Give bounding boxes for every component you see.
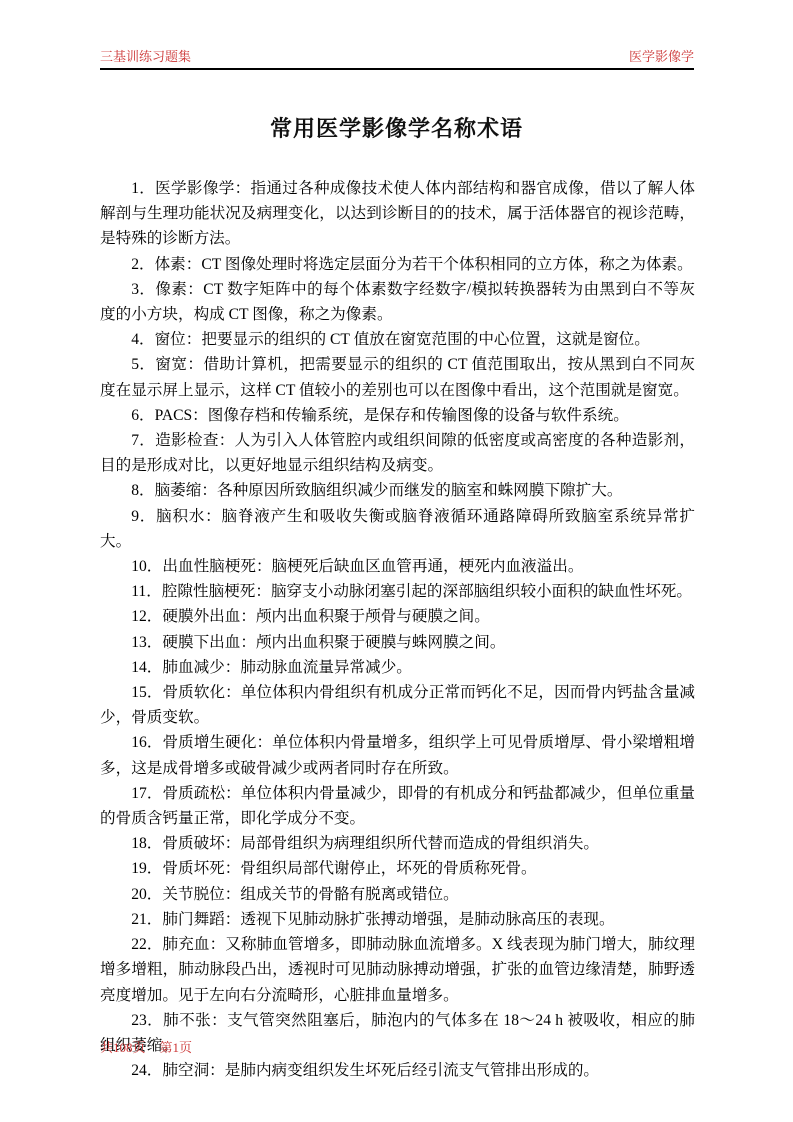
term-definition: 是肺内病变组织发生坏死后经引流支气管排出形成的。 <box>225 1062 599 1079</box>
page-header: 三基训练习题集 医学影像学 <box>100 46 694 70</box>
term-item: 15．骨质软化：单位体积内骨组织有机成分正常而钙化不足，因而骨内钙盐含量减少，骨… <box>100 680 695 730</box>
term-label: 2．体素： <box>131 256 201 273</box>
term-item: 9．脑积水：脑脊液产生和吸收失衡或脑脊液循环通路障碍所致脑室系统异常扩大。 <box>100 504 695 554</box>
term-item: 22．肺充血：又称肺血管增多，即肺动脉血流增多。X 线表现为肺门增大，肺纹理增多… <box>100 932 695 1008</box>
page-footer: 共108页第1页 <box>100 1037 192 1056</box>
term-item: 5．窗宽：借助计算机，把需要显示的组织的 CT 值范围取出，按从黑到白不同灰度在… <box>100 352 695 402</box>
term-definition: 图像存档和传输系统，是保存和传输图像的设备与软件系统。 <box>208 407 629 424</box>
term-label: 17．骨质疏松： <box>131 785 241 802</box>
term-definition: 各种原因所致脑组织减少而继发的脑室和蛛网膜下隙扩大。 <box>217 482 622 499</box>
term-label: 11．腔隙性脑梗死： <box>131 583 271 600</box>
term-label: 20．关节脱位： <box>131 886 240 903</box>
term-item: 18．骨质破坏：局部骨组织为病理组织所代替而造成的骨组织消失。 <box>100 831 695 856</box>
term-label: 23．肺不张： <box>131 1012 227 1029</box>
term-item: 7．造影检查：人为引入人体管腔内或组织间隙的低密度或高密度的各种造影剂，目的是形… <box>100 428 695 478</box>
term-item: 3．像素：CT 数字矩阵中的每个体素数字经数字/模拟转换器转为由黑到白不等灰度的… <box>100 277 695 327</box>
header-right-title: 医学影像学 <box>629 46 694 65</box>
term-definition: 脑梗死后缺血区血管再通，梗死内血液溢出。 <box>272 558 584 575</box>
term-label: 18．骨质破坏： <box>131 835 240 852</box>
term-label: 5．窗宽： <box>131 356 203 373</box>
term-definition: 骨组织局部代谢停止，坏死的骨质称死骨。 <box>240 860 536 877</box>
term-label: 15．骨质软化： <box>131 684 241 701</box>
term-item: 4．窗位：把要显示的组织的 CT 值放在窗宽范围的中心位置，这就是窗位。 <box>100 327 695 352</box>
term-label: 1．医学影像学： <box>131 180 250 197</box>
document-page: 三基训练习题集 医学影像学 常用医学影像学名称术语 1．医学影像学：指通过各种成… <box>0 0 793 1122</box>
term-definition: 颅内出血积聚于颅骨与硬膜之间。 <box>256 608 490 625</box>
term-item: 17．骨质疏松：单位体积内骨量减少，即骨的有机成分和钙盐都减少，但单位重量的骨质… <box>100 781 695 831</box>
term-item: 20．关节脱位：组成关节的骨骼有脱离或错位。 <box>100 882 695 907</box>
term-definition: 组成关节的骨骼有脱离或错位。 <box>240 886 458 903</box>
term-item: 13．硬膜下出血：颅内出血积聚于硬膜与蛛网膜之间。 <box>100 630 695 655</box>
term-item: 12．硬膜外出血：颅内出血积聚于颅骨与硬膜之间。 <box>100 604 695 629</box>
term-label: 12．硬膜外出血： <box>131 608 256 625</box>
term-item: 8．脑萎缩：各种原因所致脑组织减少而继发的脑室和蛛网膜下隙扩大。 <box>100 478 695 503</box>
term-label: 22．肺充血： <box>131 936 225 953</box>
term-label: 3．像素： <box>131 281 203 298</box>
term-label: 10．出血性脑梗死： <box>131 558 271 575</box>
term-definition: CT 图像处理时将选定层面分为若干个体积相同的立方体，称之为体素。 <box>201 256 692 273</box>
term-item: 16．骨质增生硬化：单位体积内骨量增多，组织学上可见骨质增厚、骨小梁增粗增多，这… <box>100 730 695 780</box>
header-left-title: 三基训练习题集 <box>100 46 191 65</box>
term-item: 2．体素：CT 图像处理时将选定层面分为若干个体积相同的立方体，称之为体素。 <box>100 252 695 277</box>
term-definition: 把要显示的组织的 CT 值放在窗宽范围的中心位置，这就是窗位。 <box>201 331 649 348</box>
term-item: 11．腔隙性脑梗死：脑穿支小动脉闭塞引起的深部脑组织较小面积的缺血性坏死。 <box>100 579 695 604</box>
term-item: 21．肺门舞蹈：透视下见肺动脉扩张搏动增强，是肺动脉高压的表现。 <box>100 907 695 932</box>
term-definition: 颅内出血积聚于硬膜与蛛网膜之间。 <box>256 634 506 651</box>
term-definition: 脑穿支小动脉闭塞引起的深部脑组织较小面积的缺血性坏死。 <box>271 583 692 600</box>
term-label: 7．造影检查： <box>131 432 234 449</box>
document-title: 常用医学影像学名称术语 <box>0 112 793 143</box>
term-label: 19．骨质坏死： <box>131 860 240 877</box>
term-label: 6．PACS： <box>131 407 208 424</box>
term-item: 14．肺血减少：肺动脉血流量异常减少。 <box>100 655 695 680</box>
term-item: 19．骨质坏死：骨组织局部代谢停止，坏死的骨质称死骨。 <box>100 856 695 881</box>
term-label: 13．硬膜下出血： <box>131 634 256 651</box>
term-item: 10．出血性脑梗死：脑梗死后缺血区血管再通，梗死内血液溢出。 <box>100 554 695 579</box>
term-definition: 局部骨组织为病理组织所代替而造成的骨组织消失。 <box>240 835 599 852</box>
total-pages-label: 共108页 <box>100 1040 146 1055</box>
term-label: 8．脑萎缩： <box>131 482 217 499</box>
term-label: 14．肺血减少： <box>131 659 240 676</box>
current-page-label: 第1页 <box>160 1040 193 1055</box>
term-label: 21．肺门舞蹈： <box>131 911 240 928</box>
term-definition: 透视下见肺动脉扩张搏动增强，是肺动脉高压的表现。 <box>240 911 614 928</box>
term-item: 1．医学影像学：指通过各种成像技术使人体内部结构和器官成像，借以了解人体解剖与生… <box>100 176 695 252</box>
term-label: 4．窗位： <box>131 331 201 348</box>
term-definition: 肺动脉血流量异常减少。 <box>240 659 412 676</box>
terms-definition-list: 1．医学影像学：指通过各种成像技术使人体内部结构和器官成像，借以了解人体解剖与生… <box>100 176 695 1083</box>
term-item: 6．PACS：图像存档和传输系统，是保存和传输图像的设备与软件系统。 <box>100 403 695 428</box>
term-label: 24．肺空洞： <box>131 1062 225 1079</box>
term-item: 24．肺空洞：是肺内病变组织发生坏死后经引流支气管排出形成的。 <box>100 1058 695 1083</box>
term-label: 16．骨质增生硬化： <box>131 734 272 751</box>
term-label: 9．脑积水： <box>131 508 221 525</box>
